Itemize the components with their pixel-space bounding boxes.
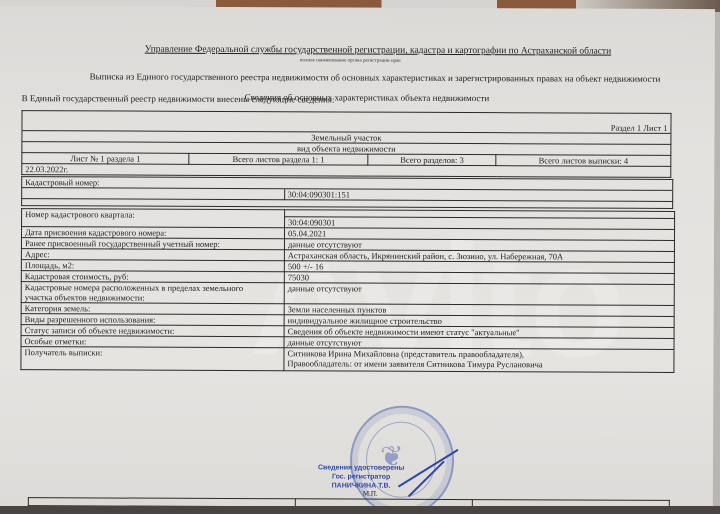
document-page: Avito Управление Федеральной службы госу…	[0, 6, 715, 509]
total-sheets-section: Всего листов раздела 1: 1	[189, 153, 368, 165]
table-row: Кадастровые номера расположенных в преде…	[21, 282, 674, 306]
field-label: Кадастровые номера расположенных в преде…	[21, 282, 284, 304]
extract-title: Выписка из Единого государственного реес…	[90, 71, 661, 83]
intro-text: В Единый государственный реестр недвижим…	[22, 93, 335, 104]
field-label: Особые отметки:	[21, 336, 284, 348]
certification-stamp: Сведения удостоверены Гос. регистратор П…	[318, 463, 405, 490]
total-sections: Всего разделов: 3	[368, 154, 496, 166]
field-label: Площадь, м2:	[21, 260, 284, 272]
cadastral-number-label: Кадастровый номер:	[22, 177, 285, 189]
organization-caption: полное наименование органа регистрации п…	[300, 58, 401, 63]
characteristics-table: Номер кадастрового квартала: 30:04:09030…	[20, 208, 675, 373]
background-surface-bottom	[0, 506, 720, 514]
field-label: Получатель выписки:	[21, 347, 284, 371]
cadastral-number-table: Кадастровый номер: 30:04:090301:151	[21, 176, 673, 209]
total-sheets-extract: Всего листов выписки: 4	[496, 155, 671, 167]
field-label: Статус записи об объекте недвижимости:	[21, 325, 284, 337]
extract-date: 22.03.2022г.	[22, 164, 671, 178]
sheet-number: Лист № 1 раздела 1	[22, 153, 189, 165]
field-label: Категория земель:	[21, 303, 284, 315]
field-label: Ранее присвоенный государственный учетны…	[21, 238, 284, 250]
field-label: Виды разрешенного использования:	[21, 314, 284, 326]
field-value: данные отсутствуют	[284, 283, 674, 306]
field-label: Номер кадастрового квартала:	[22, 209, 285, 228]
header-table: Раздел 1 Лист 1 Земельный участок вид об…	[21, 110, 671, 178]
field-value: Ситникова Ирина Михайловна (представител…	[284, 348, 674, 373]
field-label: Кадастровая стоимость, руб:	[21, 271, 284, 283]
seal-place-label: М.П.	[363, 490, 378, 498]
field-label: Дата присвоения кадастрового номера:	[21, 227, 284, 239]
table-row: Получатель выписки: Ситникова Ирина Миха…	[21, 347, 674, 373]
organization-title: Управление Федеральной службы государств…	[145, 45, 611, 57]
